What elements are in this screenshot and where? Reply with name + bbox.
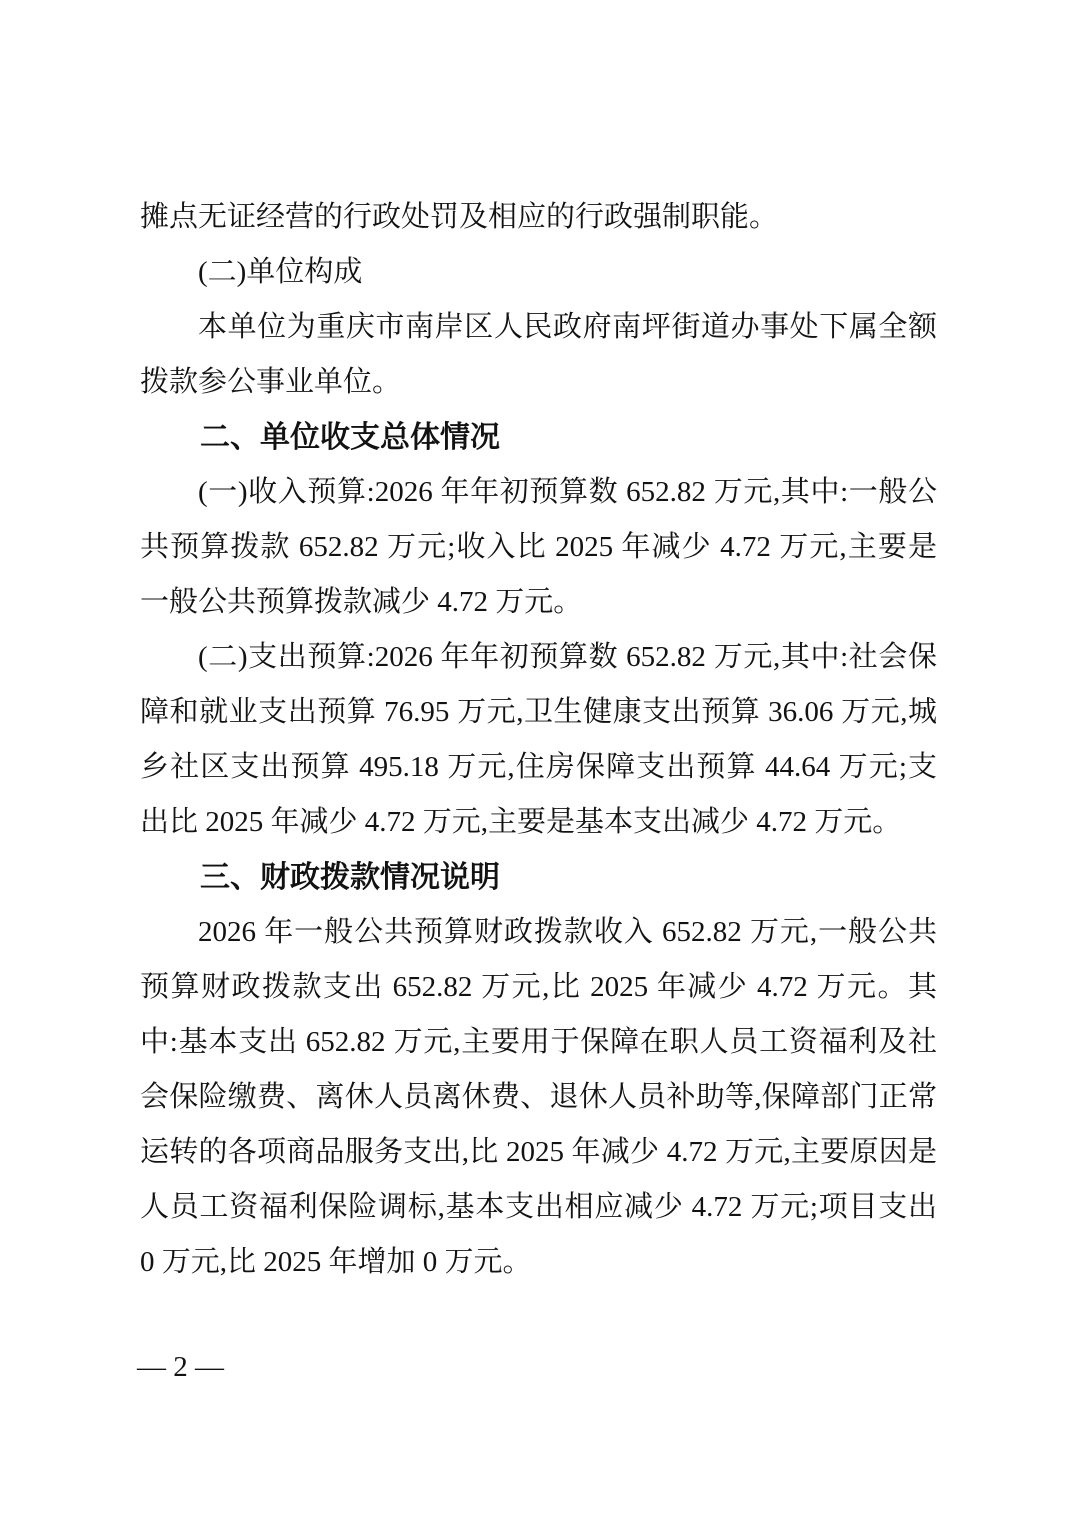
paragraph-continuation: 摊点无证经营的行政处罚及相应的行政强制职能。	[140, 190, 937, 245]
paragraph-unit-composition: 本单位为重庆市南岸区人民政府南坪街道办事处下属全额拨款参公事业单位。	[140, 300, 937, 410]
paragraph-expenditure-budget: (二)支出预算:2026 年年初预算数 652.82 万元,其中:社会保障和就业…	[140, 630, 937, 850]
subsection-title-unit-composition: (二)单位构成	[140, 245, 937, 300]
paragraph-fiscal-appropriation-detail: 2026 年一般公共预算财政拨款收入 652.82 万元,一般公共预算财政拨款支…	[140, 905, 937, 1290]
page-number: — 2 —	[137, 1345, 224, 1390]
document-body: 摊点无证经营的行政处罚及相应的行政强制职能。 (二)单位构成 本单位为重庆市南岸…	[140, 190, 937, 1290]
section-heading-fiscal-appropriation: 三、财政拨款情况说明	[140, 850, 937, 905]
section-heading-income-expenditure-overview: 二、单位收支总体情况	[140, 410, 937, 465]
paragraph-income-budget: (一)收入预算:2026 年年初预算数 652.82 万元,其中:一般公共预算拨…	[140, 465, 937, 630]
document-page: 摊点无证经营的行政处罚及相应的行政强制职能。 (二)单位构成 本单位为重庆市南岸…	[0, 0, 1074, 1520]
